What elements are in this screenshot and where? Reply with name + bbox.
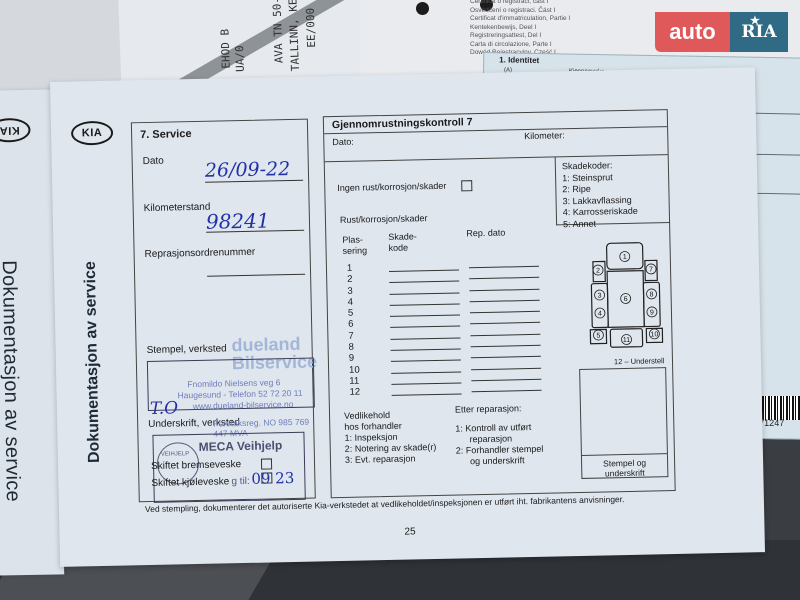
- blank-line[interactable]: [391, 382, 461, 384]
- slip-text: EHOD B: [218, 29, 232, 69]
- stamp-address: Fnomildo Nielsens veg 6: [187, 377, 280, 389]
- damage-code: 5: Annet: [563, 217, 638, 230]
- mileage-label: Kilometerstand: [144, 202, 211, 214]
- row-number: 8: [349, 342, 360, 354]
- punch-hole: [416, 2, 429, 15]
- svg-text:1: 1: [623, 254, 627, 261]
- blank-line[interactable]: [389, 269, 459, 271]
- stamp-caption: Stempel og underskrift: [582, 457, 667, 479]
- star-icon: ★: [750, 14, 760, 27]
- page-side-title: Dokumentasjon av service: [82, 261, 104, 463]
- svg-text:7: 7: [649, 266, 653, 273]
- blank-line[interactable]: [390, 326, 460, 328]
- no-rust-label: Ingen rust/korrosjon/skader: [337, 181, 446, 193]
- after-repair-section: Etter reparasjon: 1: Kontroll av utført …: [455, 403, 544, 468]
- slip-text: AVA TN 50-: [270, 0, 285, 63]
- brake-fluid-checkbox[interactable]: [261, 458, 272, 469]
- blank-line[interactable]: [390, 337, 460, 339]
- inspection-km-label: Kilometer:: [524, 130, 565, 141]
- signature-value[interactable]: T.O: [150, 398, 179, 419]
- cert-line: Carta di circolazione, Parte I: [470, 41, 570, 50]
- row-number: 11: [349, 376, 360, 388]
- coolant-label: Skiftet kjøleveske: [151, 476, 229, 489]
- svg-text:11: 11: [623, 337, 631, 344]
- blank-line[interactable]: [471, 367, 541, 369]
- diagram-caption: 12 – Understell: [614, 356, 665, 366]
- row-number: 5: [348, 308, 359, 320]
- car-damage-diagram-icon: 1234567891011: [584, 238, 666, 360]
- kia-logo-text: KIA: [0, 124, 20, 136]
- order-number-underline[interactable]: [207, 274, 305, 277]
- svg-text:9: 9: [650, 309, 654, 316]
- cert-line: Certificat d'immatriculation, Partie I: [470, 15, 570, 24]
- certificate-languages: Certifikát o registraci, část I Osvědčen…: [470, 0, 570, 58]
- inspection-date-label: Dato:: [332, 137, 354, 147]
- maintenance-section: Vedlikehold hos forhandler 1: Inspeksjon…: [344, 409, 437, 466]
- stamp2-name: MECA Veihjelp: [199, 438, 283, 454]
- after-repair-item: og underskrift: [456, 455, 544, 468]
- slip-text: UA/0: [233, 45, 247, 72]
- cert-line: Osvědčení o registraci. Část I: [470, 7, 570, 16]
- blank-line[interactable]: [470, 322, 540, 324]
- blank-line[interactable]: [469, 277, 539, 279]
- page-number: 25: [404, 526, 415, 537]
- cert-line: Registreringsattest, Del I: [470, 32, 570, 41]
- stamp-label: Stempel, verksted: [147, 343, 227, 356]
- kia-logo-icon: KIA: [0, 118, 31, 143]
- next-due-value[interactable]: 09 23: [251, 469, 294, 488]
- blank-line[interactable]: [471, 345, 541, 347]
- autoria-logo-ria: ★ RIA: [730, 12, 788, 52]
- section-title: 1. Identitet: [499, 55, 539, 65]
- no-rust-checkbox[interactable]: [461, 180, 472, 191]
- svg-text:8: 8: [650, 291, 654, 298]
- stamp-circle-text: VEIHJELP: [161, 451, 189, 458]
- svg-text:4: 4: [598, 310, 602, 317]
- svg-text:10: 10: [650, 331, 658, 338]
- row-number: 3: [347, 285, 358, 297]
- blank-line[interactable]: [470, 300, 540, 302]
- maintenance-item: 3: Evt. reparasjon: [345, 453, 437, 466]
- kia-logo-text: KIA: [82, 127, 103, 139]
- col-placement-2: sering: [342, 245, 367, 256]
- col-code-2: kode: [388, 243, 408, 253]
- dealer-stamp-box[interactable]: Stempel og underskrift: [579, 367, 668, 479]
- slip-text: EE/000: [304, 8, 318, 48]
- blank-line[interactable]: [471, 379, 541, 381]
- repair-date-lines[interactable]: [469, 266, 542, 403]
- row-number: 12: [349, 387, 360, 399]
- blank-line[interactable]: [469, 266, 539, 268]
- col-repair-date: Rep. dato: [466, 227, 505, 238]
- after-repair-title: Etter reparasjon:: [455, 403, 543, 416]
- svg-text:3: 3: [598, 292, 602, 299]
- blank-line[interactable]: [391, 349, 461, 351]
- row-number: 6: [348, 319, 359, 331]
- cover-spine-title: Dokumentasjon av service: [0, 260, 24, 502]
- blank-line[interactable]: [471, 356, 541, 358]
- cert-line: Kentekenbewijs, Deel I: [470, 24, 570, 33]
- svg-text:5: 5: [596, 333, 600, 340]
- svg-text:2: 2: [596, 268, 600, 275]
- rust-inspection-box: Gjennomrustningskontroll 7 Dato: Kilomet…: [323, 109, 676, 498]
- blank-line[interactable]: [469, 288, 539, 290]
- damage-code: 4: Karrosseriskade: [563, 206, 638, 219]
- brake-fluid-label: Skiftet bremseveske: [151, 459, 241, 472]
- stamp-web: www.dueland-bilservice.no: [193, 399, 294, 411]
- svg-text:6: 6: [624, 296, 628, 303]
- row-number: 4: [348, 296, 359, 308]
- rust-label: Rust/korrosjon/skader: [340, 213, 428, 225]
- blank-line[interactable]: [390, 315, 460, 317]
- date-value[interactable]: 26/09-22: [205, 158, 291, 182]
- blank-line[interactable]: [392, 394, 462, 396]
- damage-code-lines[interactable]: [389, 269, 462, 406]
- row-number: 9: [349, 353, 360, 365]
- blank-line[interactable]: [472, 390, 542, 392]
- date-label: Dato: [143, 156, 164, 167]
- row-number: 7: [348, 330, 359, 342]
- blank-line[interactable]: [391, 360, 461, 362]
- inspection-title: Gjennomrustningskontroll 7: [332, 116, 473, 131]
- blank-line[interactable]: [470, 311, 540, 313]
- row-number: 1: [347, 263, 358, 275]
- service-title: 7. Service: [140, 128, 192, 141]
- order-number-label: Reprasjonsordrenummer: [145, 247, 256, 260]
- kia-logo-icon: KIA: [71, 121, 113, 146]
- row-number: 10: [349, 364, 360, 376]
- blank-line[interactable]: [390, 292, 460, 294]
- next-due-prefix: g til:: [231, 476, 250, 487]
- slip-text: TALLINN, KE: [286, 0, 302, 72]
- service-entry-box: 7. Service Dato 26/09-22 Kilometerstand …: [131, 119, 316, 503]
- col-placement-1: Plas-: [342, 234, 363, 244]
- blank-line[interactable]: [390, 303, 460, 305]
- col-code-1: Skade-: [388, 231, 417, 242]
- blank-line[interactable]: [389, 281, 459, 283]
- row-number: 2: [347, 274, 358, 286]
- row-numbers: 1 2 3 4 5 6 7 8 9 10 11 12: [347, 263, 360, 399]
- stamp-divider: [582, 453, 667, 456]
- damage-codes-box: Skadekoder: 1: Steinsprut 2: Ripe 3: Lak…: [555, 154, 670, 225]
- autoria-logo-auto: auto: [655, 12, 730, 52]
- blank-line[interactable]: [470, 334, 540, 336]
- service-booklet-page: KIA Dokumentasjon av service 7. Service …: [50, 67, 765, 567]
- blank-line[interactable]: [391, 371, 461, 373]
